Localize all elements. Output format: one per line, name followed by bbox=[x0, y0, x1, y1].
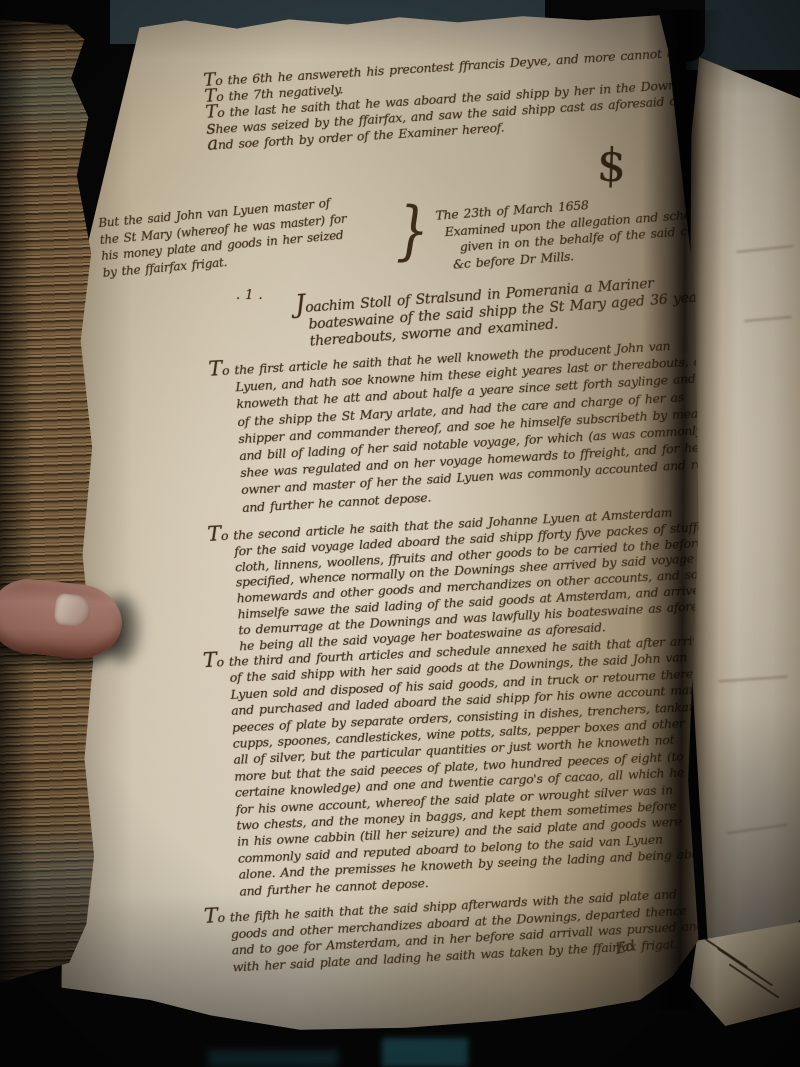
manuscript-page: To the 6th he answereth his precontest f… bbox=[55, 8, 705, 1038]
entry-number: . 1 . bbox=[236, 288, 262, 303]
gutter-shadow bbox=[637, 10, 724, 1011]
marginalia-scribble bbox=[729, 963, 780, 998]
margin-brace: } bbox=[396, 194, 428, 268]
show-through-mark bbox=[736, 245, 794, 253]
fingernail bbox=[53, 593, 91, 627]
book-fore-edge bbox=[0, 20, 96, 992]
photo-scene: To the 6th he answereth his precontest f… bbox=[0, 0, 800, 1067]
marginalia-scribble bbox=[717, 948, 773, 987]
show-through-mark bbox=[744, 316, 792, 322]
show-through-mark bbox=[718, 676, 788, 683]
table-surface-glimpse bbox=[208, 1050, 338, 1067]
notarial-mark: $ bbox=[596, 138, 627, 193]
table-surface-glimpse bbox=[382, 1038, 468, 1067]
ink-blot bbox=[54, 8, 66, 17]
show-through-mark bbox=[726, 824, 788, 835]
